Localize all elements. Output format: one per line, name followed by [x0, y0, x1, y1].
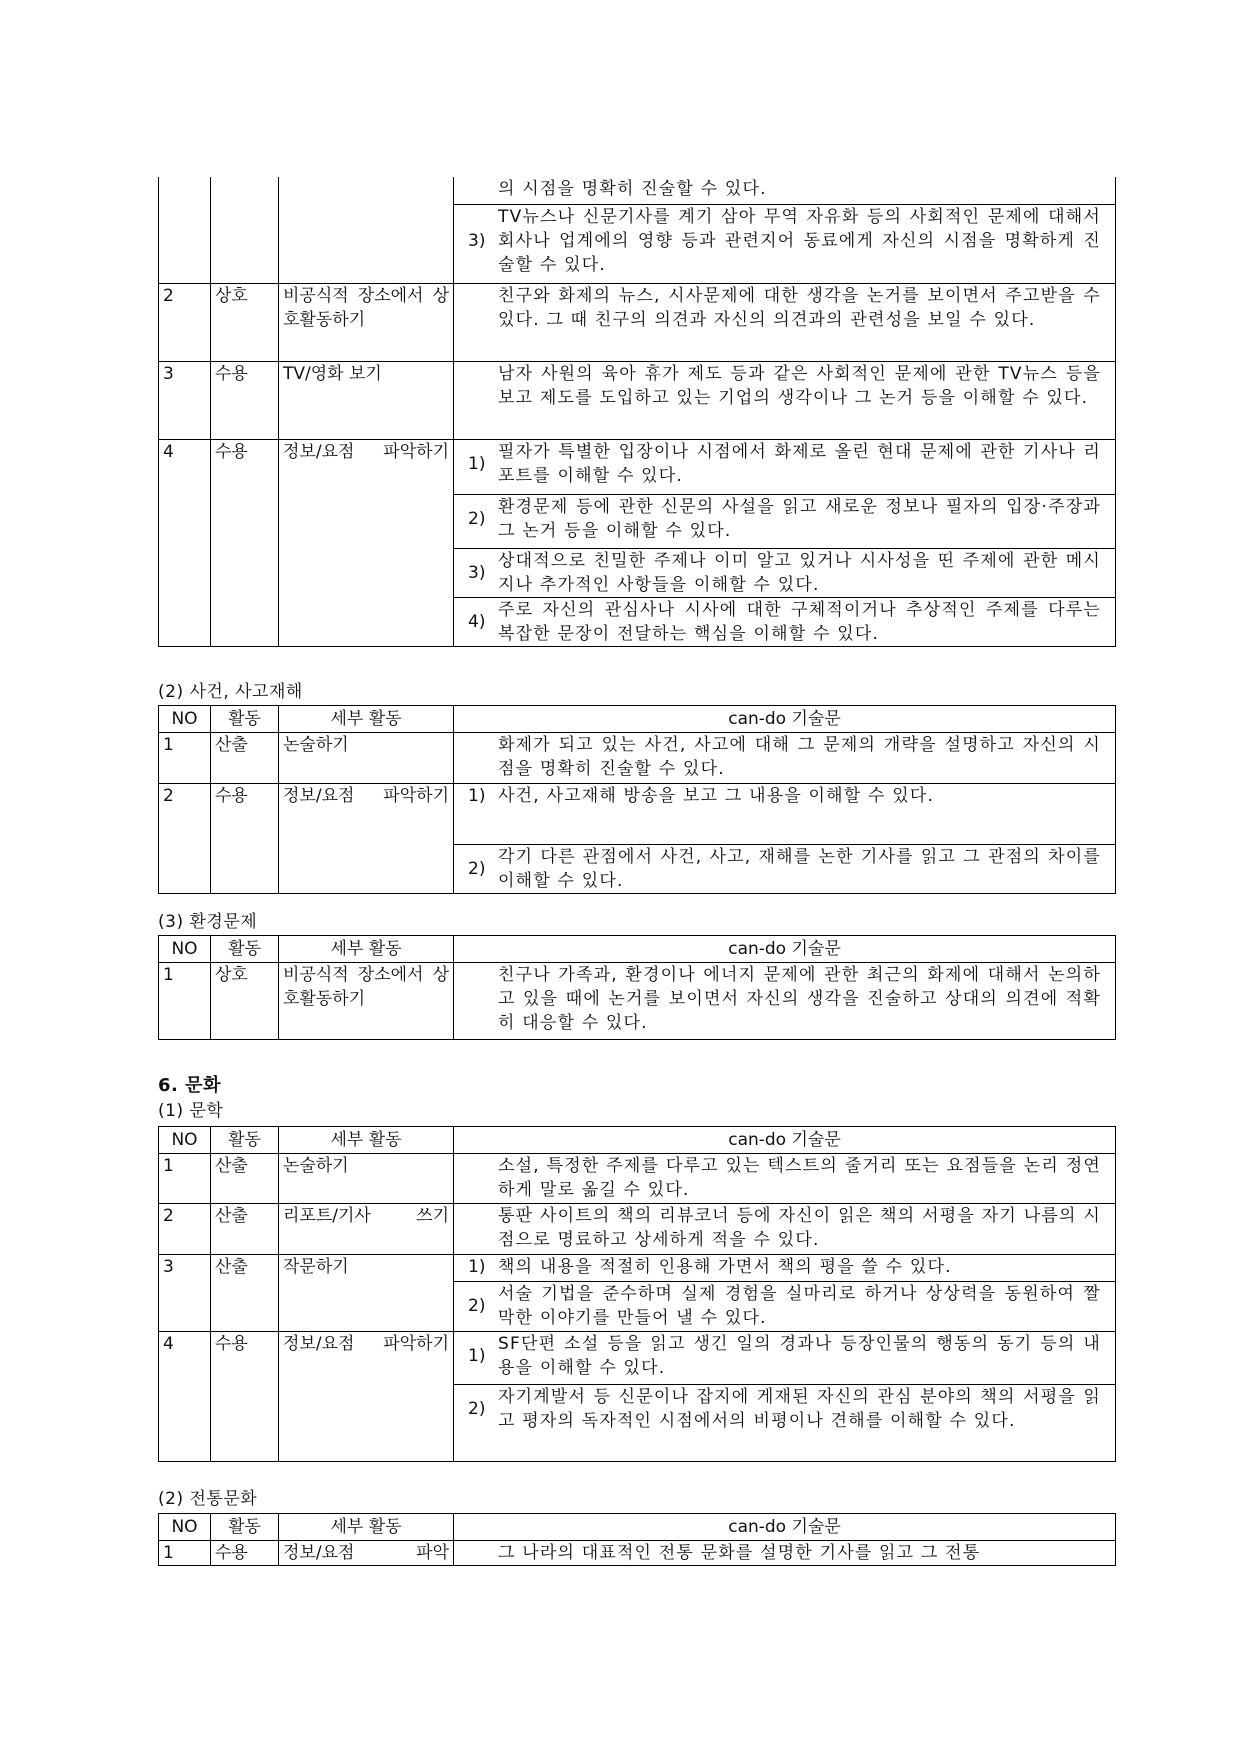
header-activity: 활동 [211, 936, 279, 963]
cell-cando: 2) 환경문제 등에 관한 신문의 사설을 읽고 새로운 정보나 필자의 입장·… [454, 494, 1116, 548]
cell-no: 1 [159, 1541, 211, 1566]
cell-no: 2 [159, 784, 211, 894]
cell-cando: 그 나라의 대표적인 전통 문화를 설명한 기사를 읽고 그 전통 [454, 1541, 1116, 1566]
cell-no: 1 [159, 1154, 211, 1204]
header-no: NO [159, 936, 211, 963]
cando-text: 의 시점을 명확히 진술할 수 있다. [498, 177, 1111, 201]
section-title-incidents: (2) 사건, 사고재해 [158, 681, 303, 703]
cell-no: 1 [159, 963, 211, 1040]
header-no: NO [159, 1514, 211, 1541]
cando-text: 사건, 사고재해 방송을 보고 그 내용을 이해할 수 있다. [498, 784, 1111, 808]
cando-text: 남자 사원의 육아 휴가 제도 등과 같은 사회적인 문제에 관한 TV뉴스 등… [498, 362, 1111, 410]
cell-cando: 남자 사원의 육아 휴가 제도 등과 같은 사회적인 문제에 관한 TV뉴스 등… [454, 361, 1116, 439]
table-row: 2 산출 리포트/기사 쓰기 통판 사이트의 책의 리뷰코너 등에 자신이 읽은… [159, 1204, 1116, 1255]
cando-text: 책의 내용을 적절히 인용해 가면서 책의 평을 쓸 수 있다. [498, 1255, 1111, 1279]
cell-no: 4 [159, 439, 211, 646]
cell-activity: 수용 [211, 784, 279, 894]
cando-text: 각기 다른 관점에서 사건, 사고, 재해를 논한 기사를 읽고 그 관점의 차… [498, 845, 1111, 893]
item-number: 2) [458, 507, 498, 531]
cando-text: TV뉴스나 신문기사를 계기 삼아 무역 자유화 등의 사회적인 문제에 대해서… [498, 205, 1111, 277]
table-row: 1 상호 비공식적 장소에서 상호활동하기 친구나 가족과, 환경이나 에너지 … [159, 963, 1116, 1040]
chapter-title-culture: 6. 문화 [158, 1075, 221, 1097]
cell-detail: 정보/요점 파악 [279, 1541, 454, 1566]
cell-detail: 논술하기 [279, 1154, 454, 1204]
item-number: 1) [458, 1344, 498, 1368]
cell-detail: TV/영화 보기 [279, 361, 454, 439]
cell-activity: 산출 [211, 1255, 279, 1332]
table-environment: NO 활동 세부 활동 can-do 기술문 1 상호 비공식적 장소에서 상호… [158, 935, 1116, 1040]
header-no: NO [159, 706, 211, 733]
cell-activity: 산출 [211, 733, 279, 784]
header-cando: can-do 기술문 [454, 936, 1116, 963]
cell-no: 3 [159, 361, 211, 439]
cando-text: 그 나라의 대표적인 전통 문화를 설명한 기사를 읽고 그 전통 [498, 1541, 1111, 1565]
cell-cando: 친구와 화제의 뉴스, 시사문제에 대한 생각을 논거를 보이면서 주고받을 수… [454, 283, 1116, 361]
header-cando: can-do 기술문 [454, 1127, 1116, 1154]
cell-cando: 2) 자기계발서 등 신문이나 잡지에 게재된 자신의 관심 분야의 책의 서평… [454, 1385, 1116, 1462]
table-row: 1 산출 논술하기 소설, 특정한 주제를 다루고 있는 텍스트의 줄거리 또는… [159, 1154, 1116, 1204]
cell-cando: 화제가 되고 있는 사건, 사고에 대해 그 문제의 개략을 설명하고 자신의 … [454, 733, 1116, 784]
cell-cando: 1) 사건, 사고재해 방송을 보고 그 내용을 이해할 수 있다. [454, 784, 1116, 845]
cell-activity [211, 177, 279, 283]
cando-text: 소설, 특정한 주제를 다루고 있는 텍스트의 줄거리 또는 요점들을 논리 정… [498, 1154, 1111, 1202]
header-cando: can-do 기술문 [454, 1514, 1116, 1541]
cell-activity: 수용 [211, 439, 279, 646]
table-header-row: NO 활동 세부 활동 can-do 기술문 [159, 706, 1116, 733]
table-tradition: NO 활동 세부 활동 can-do 기술문 1 수용 정보/요점 파악 그 나… [158, 1513, 1116, 1566]
cell-cando: 소설, 특정한 주제를 다루고 있는 텍스트의 줄거리 또는 요점들을 논리 정… [454, 1154, 1116, 1204]
table-row: 4 수용 정보/요점 파악하기 1) 필자가 특별한 입장이나 시점에서 화제로… [159, 439, 1116, 494]
cell-cando: 친구나 가족과, 환경이나 에너지 문제에 관한 최근의 화제에 대해서 논의하… [454, 963, 1116, 1040]
table-literature: NO 활동 세부 활동 can-do 기술문 1 산출 논술하기 소설, 특정한… [158, 1126, 1116, 1462]
table-row: 3 산출 작문하기 1) 책의 내용을 적절히 인용해 가면서 책의 평을 쓸 … [159, 1255, 1116, 1282]
table-row: 1 산출 논술하기 화제가 되고 있는 사건, 사고에 대해 그 문제의 개략을… [159, 733, 1116, 784]
document-page: 의 시점을 명확히 진술할 수 있다. 3) TV뉴스나 신문기사를 계기 삼아… [0, 0, 1240, 1753]
header-activity: 활동 [211, 706, 279, 733]
item-number: 3) [458, 561, 498, 585]
table-row: 4 수용 정보/요점 파악하기 1) SF단편 소설 등을 읽고 생긴 일의 경… [159, 1332, 1116, 1385]
header-detail: 세부 활동 [279, 1127, 454, 1154]
item-number: 1) [458, 452, 498, 476]
item-number: 4) [458, 610, 498, 634]
cando-text: 자기계발서 등 신문이나 잡지에 게재된 자신의 관심 분야의 책의 서평을 읽… [498, 1385, 1111, 1433]
table-row: 2 상호 비공식적 장소에서 상호활동하기 친구와 화제의 뉴스, 시사문제에 … [159, 283, 1116, 361]
header-detail: 세부 활동 [279, 706, 454, 733]
cando-text: 통판 사이트의 책의 리뷰코너 등에 자신이 읽은 책의 서평을 자기 나름의 … [498, 1204, 1111, 1252]
header-detail: 세부 활동 [279, 1514, 454, 1541]
cando-text: 친구나 가족과, 환경이나 에너지 문제에 관한 최근의 화제에 대해서 논의하… [498, 963, 1111, 1035]
cell-no: 4 [159, 1332, 211, 1462]
cell-activity: 수용 [211, 361, 279, 439]
table-row: 2 수용 정보/요점 파악하기 1) 사건, 사고재해 방송을 보고 그 내용을… [159, 784, 1116, 845]
item-number: 3) [458, 229, 498, 253]
table-society-continued: 의 시점을 명확히 진술할 수 있다. 3) TV뉴스나 신문기사를 계기 삼아… [158, 177, 1116, 647]
cando-text: 상대적으로 친밀한 주제나 이미 알고 있거나 시사성을 띤 주제에 관한 메시… [498, 549, 1111, 597]
item-number: 1) [458, 784, 498, 808]
cell-detail [279, 177, 454, 283]
section-title-environment: (3) 환경문제 [158, 911, 257, 933]
cell-cando: 통판 사이트의 책의 리뷰코너 등에 자신이 읽은 책의 서평을 자기 나름의 … [454, 1204, 1116, 1255]
section-title-literature: (1) 문학 [158, 1100, 223, 1122]
cell-detail: 비공식적 장소에서 상호활동하기 [279, 283, 454, 361]
cell-no [159, 177, 211, 283]
section-title-tradition: (2) 전통문화 [158, 1488, 257, 1510]
cell-no: 3 [159, 1255, 211, 1332]
header-activity: 활동 [211, 1514, 279, 1541]
cando-text: 친구와 화제의 뉴스, 시사문제에 대한 생각을 논거를 보이면서 주고받을 수… [498, 284, 1111, 332]
item-number: 2) [458, 1294, 498, 1318]
cell-cando: 1) 필자가 특별한 입장이나 시점에서 화제로 올린 현대 문제에 관한 기사… [454, 439, 1116, 494]
item-number: 2) [458, 857, 498, 881]
cell-activity: 산출 [211, 1154, 279, 1204]
cell-cando: 1) SF단편 소설 등을 읽고 생긴 일의 경과나 등장인물의 행동의 동기 … [454, 1332, 1116, 1385]
table-incidents: NO 활동 세부 활동 can-do 기술문 1 산출 논술하기 화제가 되고 … [158, 705, 1116, 894]
header-detail: 세부 활동 [279, 936, 454, 963]
table-row: 의 시점을 명확히 진술할 수 있다. [159, 177, 1116, 204]
cell-no: 2 [159, 1204, 211, 1255]
cell-detail: 정보/요점 파악하기 [279, 784, 454, 894]
table-row: 3 수용 TV/영화 보기 남자 사원의 육아 휴가 제도 등과 같은 사회적인… [159, 361, 1116, 439]
cando-text: 필자가 특별한 입장이나 시점에서 화제로 올린 현대 문제에 관한 기사나 리… [498, 440, 1111, 488]
cell-activity: 상호 [211, 963, 279, 1040]
table-header-row: NO 활동 세부 활동 can-do 기술문 [159, 1514, 1116, 1541]
cando-text: 주로 자신의 관심사나 시사에 대한 구체적이거나 추상적인 주제를 다루는 복… [498, 598, 1111, 646]
cell-activity: 상호 [211, 283, 279, 361]
cell-cando: 3) 상대적으로 친밀한 주제나 이미 알고 있거나 시사성을 띤 주제에 관한… [454, 548, 1116, 597]
cell-cando: 2) 서술 기법을 준수하며 실제 경험을 실마리로 하거나 상상력을 동원하여… [454, 1282, 1116, 1332]
cando-text: 화제가 되고 있는 사건, 사고에 대해 그 문제의 개략을 설명하고 자신의 … [498, 733, 1111, 781]
cell-detail: 리포트/기사 쓰기 [279, 1204, 454, 1255]
cell-detail: 정보/요점 파악하기 [279, 1332, 454, 1462]
cell-cando: 1) 책의 내용을 적절히 인용해 가면서 책의 평을 쓸 수 있다. [454, 1255, 1116, 1282]
item-number: 1) [458, 1255, 498, 1279]
cando-text: SF단편 소설 등을 읽고 생긴 일의 경과나 등장인물의 행동의 동기 등의 … [498, 1332, 1111, 1380]
table-row: 1 수용 정보/요점 파악 그 나라의 대표적인 전통 문화를 설명한 기사를 … [159, 1541, 1116, 1566]
cell-cando: 3) TV뉴스나 신문기사를 계기 삼아 무역 자유화 등의 사회적인 문제에 … [454, 204, 1116, 283]
cell-activity: 수용 [211, 1541, 279, 1566]
table-header-row: NO 활동 세부 활동 can-do 기술문 [159, 936, 1116, 963]
cell-cando: 4) 주로 자신의 관심사나 시사에 대한 구체적이거나 추상적인 주제를 다루… [454, 597, 1116, 646]
cell-cando: 2) 각기 다른 관점에서 사건, 사고, 재해를 논한 기사를 읽고 그 관점… [454, 845, 1116, 894]
header-cando: can-do 기술문 [454, 706, 1116, 733]
cell-detail: 정보/요점 파악하기 [279, 439, 454, 646]
cell-detail: 비공식적 장소에서 상호활동하기 [279, 963, 454, 1040]
cell-no: 2 [159, 283, 211, 361]
table-header-row: NO 활동 세부 활동 can-do 기술문 [159, 1127, 1116, 1154]
cell-no: 1 [159, 733, 211, 784]
cell-detail: 작문하기 [279, 1255, 454, 1332]
cando-text: 환경문제 등에 관한 신문의 사설을 읽고 새로운 정보나 필자의 입장·주장과… [498, 495, 1111, 543]
cell-activity: 수용 [211, 1332, 279, 1462]
cell-cando: 의 시점을 명확히 진술할 수 있다. [454, 177, 1116, 204]
header-activity: 활동 [211, 1127, 279, 1154]
cando-text: 서술 기법을 준수하며 실제 경험을 실마리로 하거나 상상력을 동원하여 짤막… [498, 1282, 1111, 1330]
item-number: 2) [458, 1397, 498, 1421]
header-no: NO [159, 1127, 211, 1154]
cell-detail: 논술하기 [279, 733, 454, 784]
cell-activity: 산출 [211, 1204, 279, 1255]
